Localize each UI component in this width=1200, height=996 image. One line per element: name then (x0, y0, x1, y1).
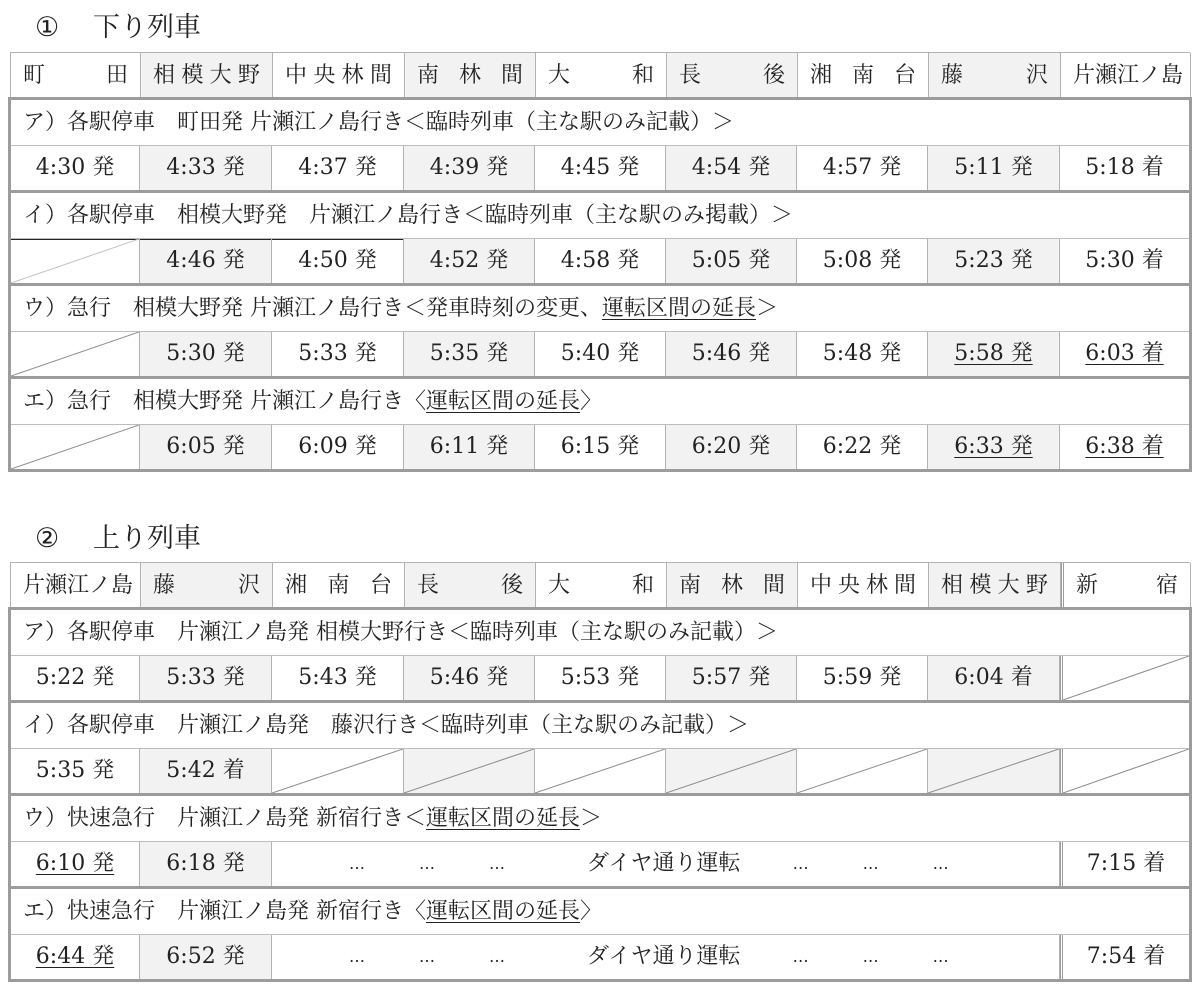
time-cell: 6:05 発 (140, 425, 272, 469)
station-header: 藤沢 (929, 53, 1061, 98)
time-cell: 4:46 発 (140, 239, 272, 283)
time-cell: 6:44 発 (11, 935, 140, 979)
train-title: ウ）快速急行 片瀬江ノ島発 新宿行き＜運転区間の延長＞ (11, 796, 1189, 842)
time-text: 6:33 発 (954, 434, 1032, 459)
no-stop-cell (404, 749, 535, 793)
train-title-text: イ）各駅停車 相模大野発 片瀬江ノ島行き＜臨時列車（主な駅のみ掲載）＞ (23, 203, 793, 228)
regular-schedule-text: ダイヤ通り運転 (587, 935, 741, 979)
time-cell: 5:58 発 (928, 332, 1060, 376)
time-text: 6:44 発 (36, 944, 114, 969)
time-cell: 5:46 発 (404, 656, 535, 700)
time-cell: 6:11 発 (404, 425, 535, 469)
station-header: 大和 (536, 563, 667, 608)
train-title-text: ＞ (756, 296, 778, 321)
time-cell: 5:48 発 (797, 332, 928, 376)
diagonal-line-icon (666, 749, 796, 793)
train-title: ア）各駅停車 町田発 片瀬江ノ島行き＜臨時列車（主な駅のみ記載）＞ (11, 100, 1189, 146)
train-group: ウ）快速急行 片瀬江ノ島発 新宿行き＜運転区間の延長＞ 6:10 発 6:18 … (11, 793, 1189, 886)
station-header: 相模大野 (141, 53, 273, 98)
section-heading: 上り列車 (93, 523, 201, 554)
time-cell: 5:53 発 (535, 656, 666, 700)
station-header: 湘南台 (273, 563, 405, 608)
section-title-down: ①下り列車 (35, 12, 201, 44)
diagonal-line-icon (272, 749, 403, 793)
ellipsis: … (322, 935, 392, 979)
station-header: 相模大野 (929, 563, 1061, 608)
section-heading: 下り列車 (93, 12, 201, 43)
station-header: 長後 (667, 53, 798, 98)
train-title-text: 〉 (580, 389, 602, 414)
no-stop-cell (11, 332, 140, 376)
timetable-body-down: ア）各駅停車 町田発 片瀬江ノ島行き＜臨時列車（主な駅のみ記載）＞ 4:30 発… (8, 97, 1192, 472)
ellipsis: … (836, 935, 906, 979)
train-group: エ）快速急行 片瀬江ノ島発 新宿行き〈運転区間の延長〉 6:44 発 6:52 … (11, 886, 1189, 979)
time-text: 6:10 発 (36, 851, 114, 876)
no-stop-cell (535, 749, 666, 793)
train-title: エ）急行 相模大野発 片瀬江ノ島行き〈運転区間の延長〉 (11, 379, 1189, 425)
station-header: 中央林間 (798, 563, 929, 608)
time-cell: 5:30 着 (1060, 239, 1189, 283)
ellipsis: … (462, 842, 532, 886)
time-cell: 5:46 発 (666, 332, 797, 376)
time-cell: 6:03 着 (1060, 332, 1189, 376)
diagonal-line-icon (404, 749, 534, 793)
time-cell: 6:38 着 (1060, 425, 1189, 469)
time-cell: 6:18 発 (140, 842, 272, 886)
station-header-row: 町田 相模大野 中央林間 南林間 大和 長後 湘南台 藤沢 片瀬江ノ島 (10, 52, 1190, 98)
time-cell: 5:30 発 (140, 332, 272, 376)
ellipsis: … (906, 842, 976, 886)
time-cell: 4:37 発 (272, 146, 404, 190)
diagonal-line-icon (535, 749, 665, 793)
time-text: 6:38 着 (1085, 434, 1163, 459)
time-cell: 7:54 着 (1060, 935, 1189, 979)
train-title: イ）各駅停車 片瀬江ノ島発 藤沢行き＜臨時列車（主な駅のみ記載）＞ (11, 703, 1189, 749)
train-group: エ）急行 相模大野発 片瀬江ノ島行き〈運転区間の延長〉 6:05 発 6:09 … (11, 376, 1189, 469)
time-cell: 6:10 発 (11, 842, 140, 886)
train-times-row: 5:22 発 5:33 発 5:43 発 5:46 発 5:53 発 5:57 … (11, 656, 1189, 700)
ellipsis: … (392, 842, 462, 886)
time-cell: 4:57 発 (797, 146, 928, 190)
time-cell: 6:52 発 (140, 935, 272, 979)
ellipsis: … (766, 935, 836, 979)
station-header: 長後 (405, 563, 536, 608)
train-title: ウ）急行 相模大野発 片瀬江ノ島行き＜発車時刻の変更、運転区間の延長＞ (11, 286, 1189, 332)
time-cell: 5:22 発 (11, 656, 140, 700)
train-title: エ）快速急行 片瀬江ノ島発 新宿行き〈運転区間の延長〉 (11, 889, 1189, 935)
ellipsis: … (462, 935, 532, 979)
ellipsis: … (906, 935, 976, 979)
train-title-underlined: 運転区間の延長 (426, 899, 580, 924)
no-stop-cell (272, 749, 404, 793)
time-cell: 5:43 発 (272, 656, 404, 700)
time-cell: 4:54 発 (666, 146, 797, 190)
train-title: ア）各駅停車 片瀬江ノ島発 相模大野行き＜臨時列車（主な駅のみ記載）＞ (11, 610, 1189, 656)
train-times-row: 4:46 発 4:50 発 4:52 発 4:58 発 5:05 発 5:08 … (11, 239, 1189, 283)
time-text: 5:58 発 (954, 341, 1032, 366)
train-times-row: 5:30 発 5:33 発 5:35 発 5:40 発 5:46 発 5:48 … (11, 332, 1189, 376)
train-times-row: 6:44 発 6:52 発 ………ダイヤ通り運転……… 7:54 着 (11, 935, 1189, 979)
train-times-row: 6:05 発 6:09 発 6:11 発 6:15 発 6:20 発 6:22 … (11, 425, 1189, 469)
time-cell: 5:57 発 (666, 656, 797, 700)
ellipsis: … (766, 842, 836, 886)
train-group: イ）各駅停車 片瀬江ノ島発 藤沢行き＜臨時列車（主な駅のみ記載）＞ 5:35 発… (11, 700, 1189, 793)
time-cell: 5:35 発 (404, 332, 535, 376)
time-cell: 6:04 着 (928, 656, 1060, 700)
time-cell: 5:05 発 (666, 239, 797, 283)
time-text: 6:03 着 (1085, 341, 1163, 366)
train-title-underlined: 運転区間の延長 (602, 296, 756, 321)
time-cell: 4:58 発 (535, 239, 666, 283)
station-header: 南林間 (667, 563, 798, 608)
station-header: 片瀬江ノ島 (11, 563, 141, 608)
time-cell: 4:45 発 (535, 146, 666, 190)
time-cell: 6:20 発 (666, 425, 797, 469)
time-cell: 4:52 発 (404, 239, 535, 283)
section-number: ② (35, 523, 93, 555)
regular-schedule-cell: ………ダイヤ通り運転……… (272, 935, 1060, 979)
train-title-text: エ）急行 相模大野発 片瀬江ノ島行き〈 (23, 389, 426, 414)
train-times-row: 6:10 発 6:18 発 ………ダイヤ通り運転……… 7:15 着 (11, 842, 1189, 886)
time-cell: 5:35 発 (11, 749, 140, 793)
station-header: 片瀬江ノ島 (1061, 53, 1191, 98)
train-title: イ）各駅停車 相模大野発 片瀬江ノ島行き＜臨時列車（主な駅のみ掲載）＞ (11, 193, 1189, 239)
time-cell: 4:30 発 (11, 146, 140, 190)
train-times-row: 4:30 発 4:33 発 4:37 発 4:39 発 4:45 発 4:54 … (11, 146, 1189, 190)
diagonal-line-icon (1063, 749, 1189, 793)
time-cell: 6:22 発 (797, 425, 928, 469)
diagonal-line-icon (11, 239, 139, 283)
no-stop-cell (1060, 749, 1189, 793)
station-header: 湘南台 (798, 53, 929, 98)
time-cell: 6:33 発 (928, 425, 1060, 469)
train-title-text: イ）各駅停車 片瀬江ノ島発 藤沢行き＜臨時列車（主な駅のみ記載）＞ (23, 713, 749, 738)
time-cell: 5:18 着 (1060, 146, 1189, 190)
time-cell: 7:15 着 (1060, 842, 1189, 886)
time-cell: 5:40 発 (535, 332, 666, 376)
train-title-underlined: 運転区間の延長 (426, 806, 580, 831)
train-title-text: エ）快速急行 片瀬江ノ島発 新宿行き〈 (23, 899, 426, 924)
section-number: ① (35, 12, 93, 44)
diagonal-line-icon (928, 749, 1059, 793)
time-cell: 4:39 発 (404, 146, 535, 190)
time-cell: 6:09 発 (272, 425, 404, 469)
train-title-text: 〉 (580, 899, 602, 924)
no-stop-cell (1060, 656, 1189, 700)
no-stop-cell (11, 425, 140, 469)
train-group: イ）各駅停車 相模大野発 片瀬江ノ島行き＜臨時列車（主な駅のみ掲載）＞ 4:46… (11, 190, 1189, 283)
train-group: ア）各駅停車 片瀬江ノ島発 相模大野行き＜臨時列車（主な駅のみ記載）＞ 5:22… (11, 610, 1189, 700)
no-stop-cell (666, 749, 797, 793)
time-cell: 5:33 発 (272, 332, 404, 376)
ellipsis: … (322, 842, 392, 886)
ellipsis: … (392, 935, 462, 979)
time-cell: 4:50 発 (272, 239, 404, 283)
no-stop-cell (928, 749, 1060, 793)
regular-schedule-cell: ………ダイヤ通り運転……… (272, 842, 1060, 886)
section-title-up: ②上り列車 (35, 523, 201, 555)
no-stop-cell (797, 749, 928, 793)
train-title-text: ア）各駅停車 片瀬江ノ島発 相模大野行き＜臨時列車（主な駅のみ記載）＞ (23, 620, 778, 645)
train-group: ウ）急行 相模大野発 片瀬江ノ島行き＜発車時刻の変更、運転区間の延長＞ 5:30… (11, 283, 1189, 376)
train-title-text: ウ）快速急行 片瀬江ノ島発 新宿行き＜ (23, 806, 426, 831)
train-group: ア）各駅停車 町田発 片瀬江ノ島行き＜臨時列車（主な駅のみ記載）＞ 4:30 発… (11, 100, 1189, 190)
time-cell: 6:15 発 (535, 425, 666, 469)
time-cell: 4:33 発 (140, 146, 272, 190)
train-title-text: ア）各駅停車 町田発 片瀬江ノ島行き＜臨時列車（主な駅のみ記載）＞ (23, 110, 734, 135)
train-title-text: ＞ (580, 806, 602, 831)
time-cell: 5:08 発 (797, 239, 928, 283)
station-header: 町田 (11, 53, 141, 98)
train-title-text: ウ）急行 相模大野発 片瀬江ノ島行き＜発車時刻の変更、 (23, 296, 602, 321)
diagonal-line-icon (11, 425, 139, 469)
time-cell: 5:59 発 (797, 656, 928, 700)
station-header: 新宿 (1061, 563, 1191, 608)
diagonal-line-icon (11, 332, 139, 376)
train-times-row: 5:35 発 5:42 着 (11, 749, 1189, 793)
train-title-underlined: 運転区間の延長 (426, 389, 580, 414)
time-cell: 5:23 発 (928, 239, 1060, 283)
timetable-body-up: ア）各駅停車 片瀬江ノ島発 相模大野行き＜臨時列車（主な駅のみ記載）＞ 5:22… (8, 607, 1192, 982)
ellipsis: … (836, 842, 906, 886)
station-header: 藤沢 (141, 563, 273, 608)
station-header: 大和 (536, 53, 667, 98)
diagonal-line-icon (797, 749, 927, 793)
diagonal-line-icon (1063, 656, 1189, 700)
station-header: 中央林間 (273, 53, 405, 98)
no-stop-cell (11, 239, 140, 283)
time-cell: 5:42 着 (140, 749, 272, 793)
time-cell: 5:33 発 (140, 656, 272, 700)
time-cell: 5:11 発 (928, 146, 1060, 190)
regular-schedule-text: ダイヤ通り運転 (587, 842, 741, 886)
station-header: 南林間 (405, 53, 536, 98)
station-header-row: 片瀬江ノ島 藤沢 湘南台 長後 大和 南林間 中央林間 相模大野 新宿 (10, 562, 1190, 608)
